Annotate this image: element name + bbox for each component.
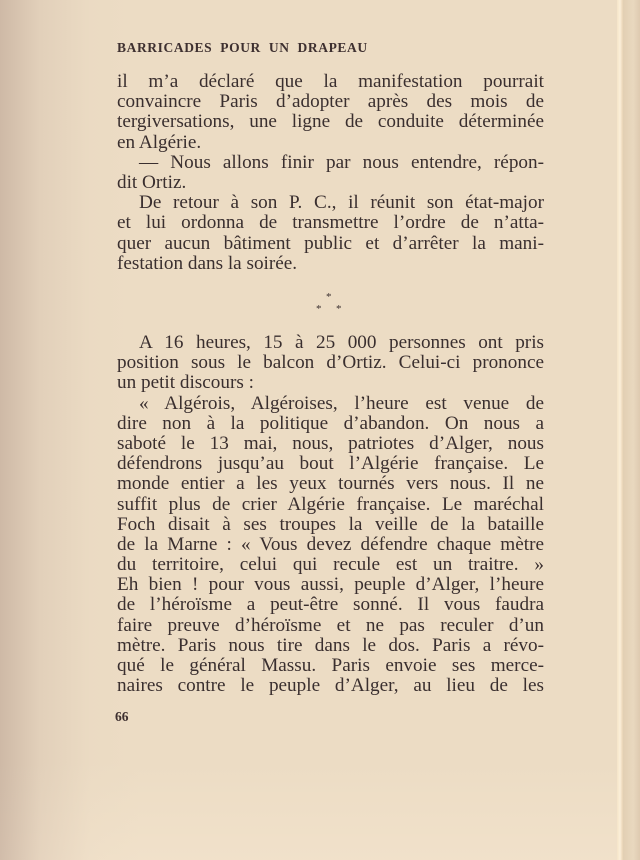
text-line: dire non à la politique d’abandon. On no… bbox=[117, 414, 544, 434]
text-line: « Algérois, Algéroises, l’heure est venu… bbox=[117, 394, 544, 414]
text-line: festation dans la soirée. bbox=[117, 254, 544, 274]
text-line: Eh bien ! pour vous aussi, peuple d’Alge… bbox=[117, 575, 544, 595]
text-line: un petit discours : bbox=[117, 373, 544, 393]
text-line: position sous le balcon d’Ortiz. Celui-c… bbox=[117, 353, 544, 373]
book-page: BARRICADES POUR UN DRAPEAU il m’a déclar… bbox=[0, 0, 640, 860]
paragraph-block-1: il m’a déclaré que la manifestation pour… bbox=[117, 72, 544, 274]
text-line: de l’héroïsme a peut-être sonné. Il vous… bbox=[117, 595, 544, 615]
text-line: qué le général Massu. Paris envoie ses m… bbox=[117, 656, 544, 676]
text-line: faire preuve d’héroïsme et ne pas recule… bbox=[117, 616, 544, 636]
text-line: et lui ordonna de transmettre l’ordre de… bbox=[117, 213, 544, 233]
text-line: naires contre le peuple d’Alger, au lieu… bbox=[117, 676, 544, 696]
asterisk-icon: * bbox=[316, 304, 322, 315]
text-line: Foch disait à ses troupes la veille de l… bbox=[117, 515, 544, 535]
text-line: de la Marne : « Vous devez défendre chaq… bbox=[117, 535, 544, 555]
running-head: BARRICADES POUR UN DRAPEAU bbox=[117, 40, 368, 56]
text-line: convaincre Paris d’adopter après des moi… bbox=[117, 92, 544, 112]
text-line: A 16 heures, 15 à 25 000 personnes ont p… bbox=[117, 333, 544, 353]
text-line: tergiversations, une ligne de conduite d… bbox=[117, 112, 544, 132]
text-line: saboté le 13 mai, nous, patriotes d’Alge… bbox=[117, 434, 544, 454]
next-page-edge bbox=[623, 0, 640, 860]
text-line: dit Ortiz. bbox=[117, 173, 544, 193]
text-line: il m’a déclaré que la manifestation pour… bbox=[117, 72, 544, 92]
text-line: De retour à son P. C., il réunit son éta… bbox=[117, 193, 544, 213]
text-line: mètre. Paris nous tire dans le dos. Pari… bbox=[117, 636, 544, 656]
paragraph-block-2: A 16 heures, 15 à 25 000 personnes ont p… bbox=[117, 333, 544, 696]
text-line: défendrons jusqu’au bout l’Algérie franç… bbox=[117, 454, 544, 474]
text-line: en Algérie. bbox=[117, 133, 544, 153]
text-line: quer aucun bâtiment public et d’arrêter … bbox=[117, 234, 544, 254]
page-number: 66 bbox=[115, 709, 129, 725]
text-line: du territoire, celui qui recule est un t… bbox=[117, 555, 544, 575]
text-line: — Nous allons finir par nous entendre, r… bbox=[117, 153, 544, 173]
text-line: suffit plus de crier Algérie française. … bbox=[117, 495, 544, 515]
section-break-asterism: * * * bbox=[312, 292, 348, 318]
asterisk-icon: * bbox=[336, 304, 342, 315]
text-line: monde entier a les yeux tournés vers nou… bbox=[117, 474, 544, 494]
asterisk-icon: * bbox=[326, 292, 332, 303]
